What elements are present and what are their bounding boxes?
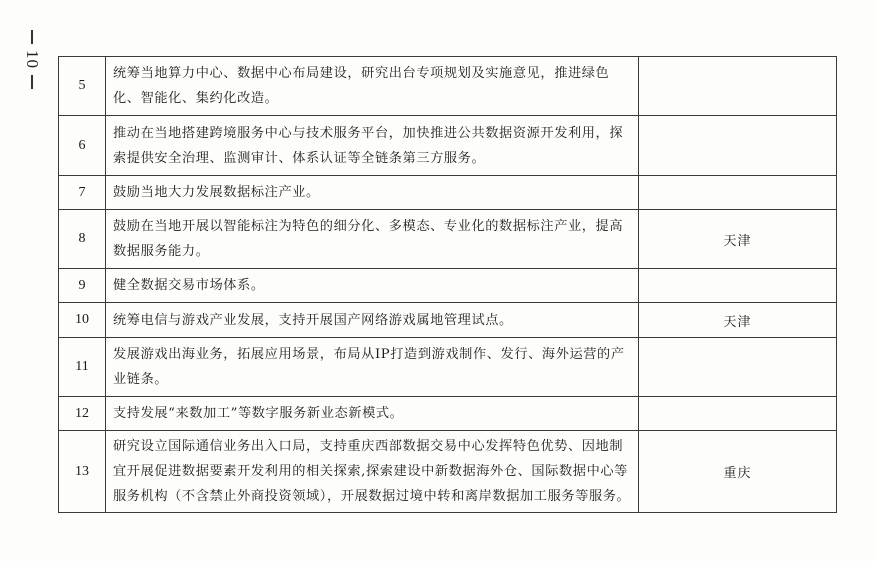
pilot-region: 重庆 [639,431,837,513]
table-row: 13 研究设立国际通信业务出入口局，支持重庆西部数据交易中心发挥特色优势、因地制… [59,431,837,513]
row-number: 5 [59,57,106,116]
table-row: 9 健全数据交易市场体系。 [59,269,837,303]
row-number: 13 [59,431,106,513]
policy-table: 5 统筹当地算力中心、数据中心布局建设，研究出台专项规划及实施意见，推进绿色化、… [58,56,837,513]
table-row: 7 鼓励当地大力发展数据标注产业。 [59,176,837,210]
pilot-region [639,269,837,303]
row-number: 11 [59,338,106,397]
policy-measure-text: 鼓励当地大力发展数据标注产业。 [106,176,639,210]
policy-measure-text: 研究设立国际通信业务出入口局，支持重庆西部数据交易中心发挥特色优势、因地制宜开展… [106,431,639,513]
table-row: 12 支持发展“来数加工”等数字服务新业态新模式。 [59,397,837,431]
table-row: 11 发展游戏出海业务，拓展应用场景，布局从IP打造到游戏制作、发行、海外运营的… [59,338,837,397]
policy-measure-text: 健全数据交易市场体系。 [106,269,639,303]
pilot-region [639,116,837,176]
pilot-region: 天津 [639,210,837,269]
page-number-dash-bottom [31,75,33,89]
table-row: 5 统筹当地算力中心、数据中心布局建设，研究出台专项规划及实施意见，推进绿色化、… [59,57,837,116]
policy-measure-text: 推动在当地搭建跨境服务中心与技术服务平台，加快推进公共数据资源开发利用，探索提供… [106,116,639,176]
policy-measure-text: 统筹当地算力中心、数据中心布局建设，研究出台专项规划及实施意见，推进绿色化、智能… [106,57,639,116]
row-number: 8 [59,210,106,269]
table-row: 6 推动在当地搭建跨境服务中心与技术服务平台，加快推进公共数据资源开发利用，探索… [59,116,837,176]
page-number-dash-top [31,30,33,44]
pilot-region [639,338,837,397]
row-number: 12 [59,397,106,431]
pilot-region: 天津 [639,303,837,338]
row-number: 9 [59,269,106,303]
pilot-region [639,176,837,210]
table-row: 8 鼓励在当地开展以智能标注为特色的细分化、多模态、专业化的数据标注产业，提高数… [59,210,837,269]
policy-measure-text: 发展游戏出海业务，拓展应用场景，布局从IP打造到游戏制作、发行、海外运营的产业链… [106,338,639,397]
row-number: 10 [59,303,106,338]
page-number: 10 [18,30,46,110]
table-row: 10 统筹电信与游戏产业发展，支持开展国产网络游戏属地管理试点。 天津 [59,303,837,338]
pilot-region [639,397,837,431]
policy-measure-text: 支持发展“来数加工”等数字服务新业态新模式。 [106,397,639,431]
page-number-value: 10 [22,50,42,69]
policy-measure-text: 鼓励在当地开展以智能标注为特色的细分化、多模态、专业化的数据标注产业，提高数据服… [106,210,639,269]
policy-table-body: 5 统筹当地算力中心、数据中心布局建设，研究出台专项规划及实施意见，推进绿色化、… [59,57,837,513]
row-number: 7 [59,176,106,210]
pilot-region [639,57,837,116]
row-number: 6 [59,116,106,176]
policy-measure-text: 统筹电信与游戏产业发展，支持开展国产网络游戏属地管理试点。 [106,303,639,338]
